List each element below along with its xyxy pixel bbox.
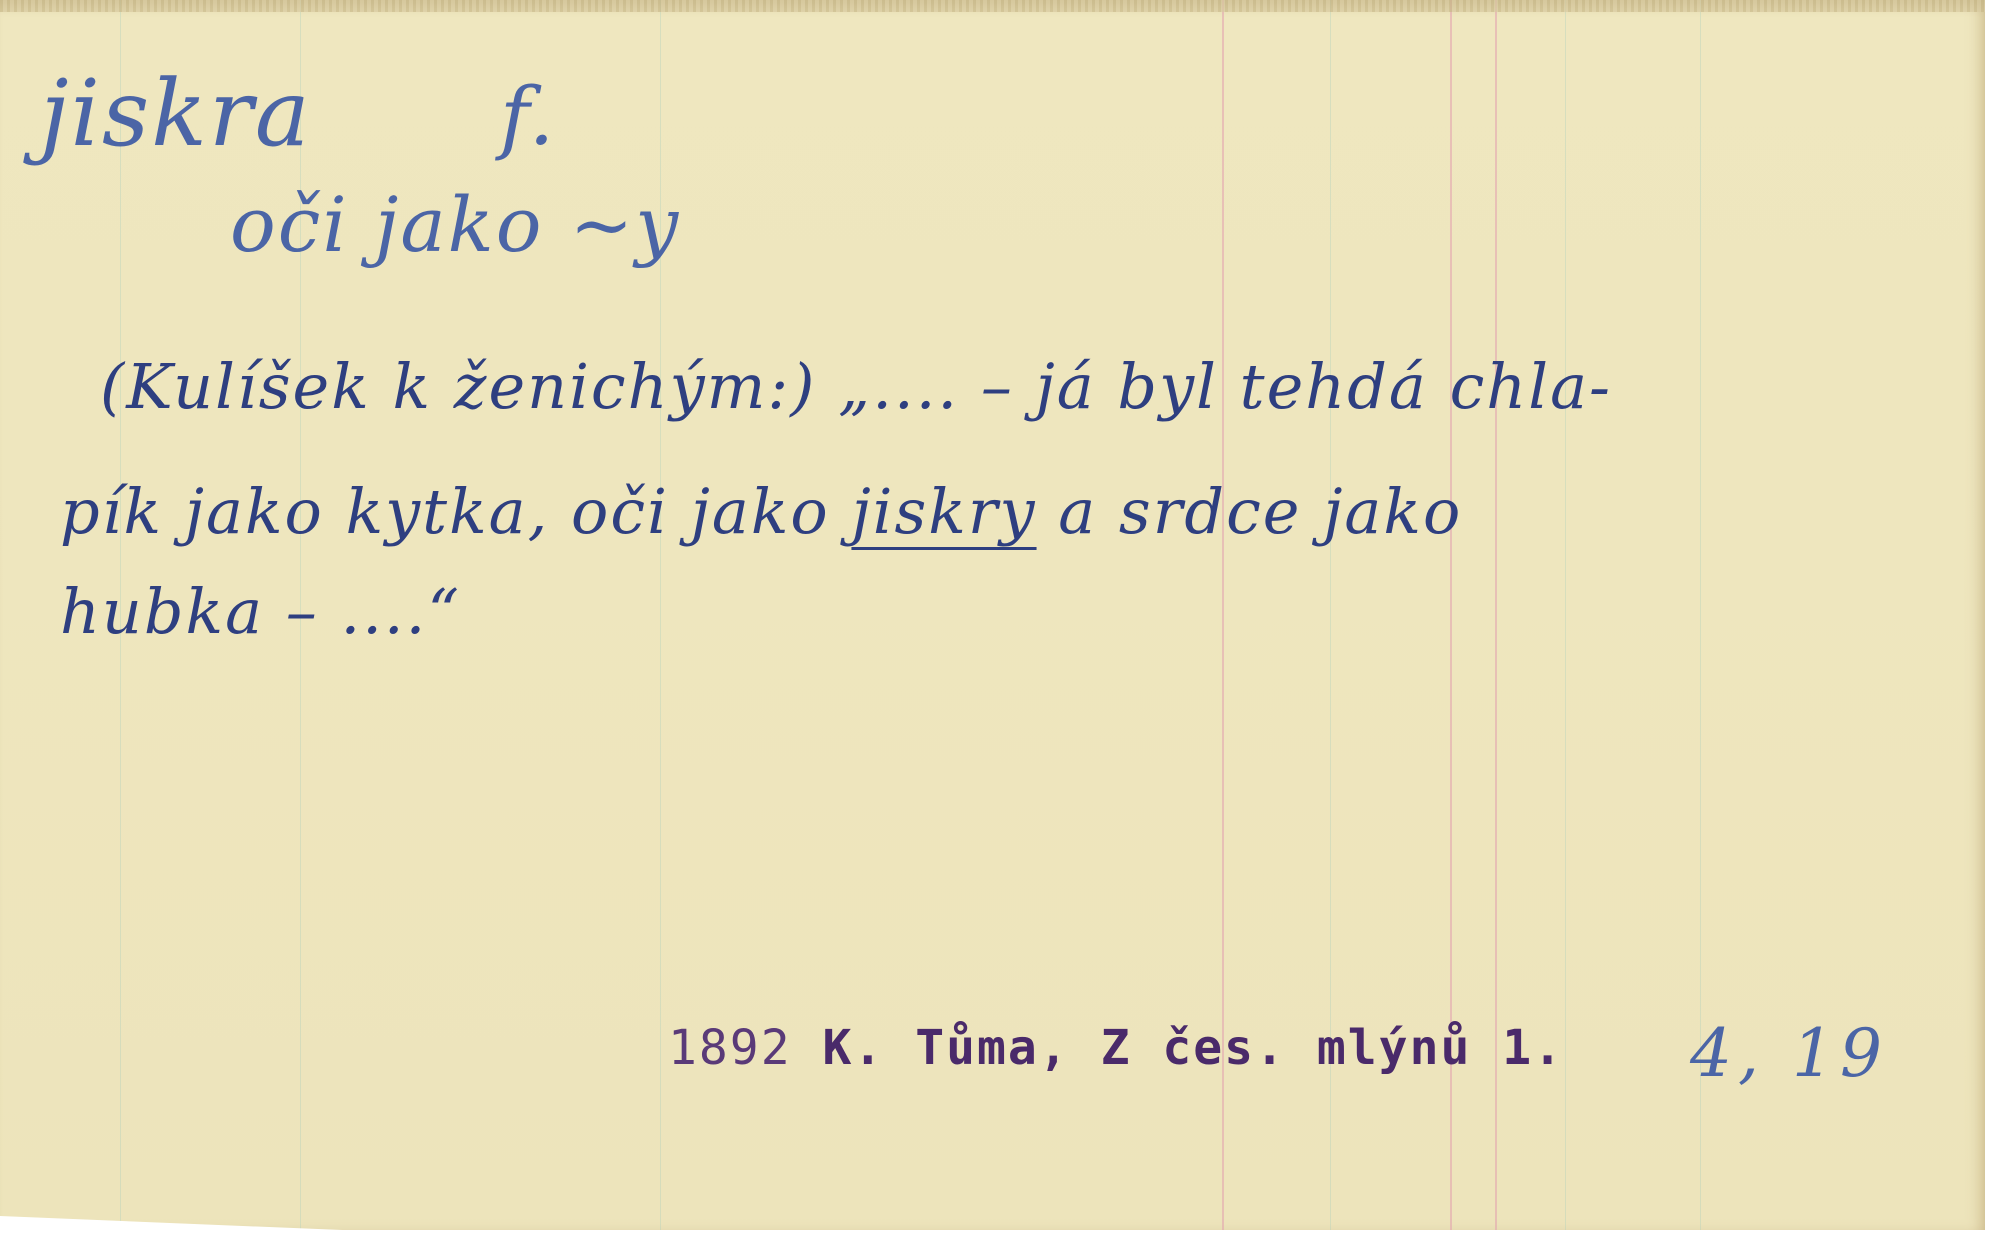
stamp-year: 1892 bbox=[668, 1020, 792, 1076]
page-reference: 4, 19 bbox=[1690, 1015, 1888, 1092]
source-stamp: 1892 K. Tůma, Z čes. mlýnů 1. bbox=[668, 1020, 1564, 1076]
stamp-source: K. Tůma, Z čes. mlýnů 1. bbox=[823, 1020, 1565, 1076]
quote-line-3: hubka – ....“ bbox=[60, 575, 461, 648]
headword: jiskra bbox=[40, 60, 312, 167]
ruled-line bbox=[1565, 0, 1566, 1230]
underlined-headword: jiskry bbox=[851, 475, 1036, 548]
quote-line-1: (Kulíšek k ženichým:) „.... – já byl teh… bbox=[100, 350, 1612, 423]
example-phrase: oči jako ~y bbox=[230, 180, 680, 269]
dictionary-card: jiskra f. oči jako ~y (Kulíšek k ženichý… bbox=[0, 0, 1985, 1230]
part-of-speech: f. bbox=[500, 70, 556, 163]
quote-text: pík jako kytka, oči jako bbox=[60, 475, 851, 548]
quote-text: a srdce jako bbox=[1037, 475, 1463, 548]
quote-line-2: pík jako kytka, oči jako jiskry a srdce … bbox=[60, 475, 1462, 548]
